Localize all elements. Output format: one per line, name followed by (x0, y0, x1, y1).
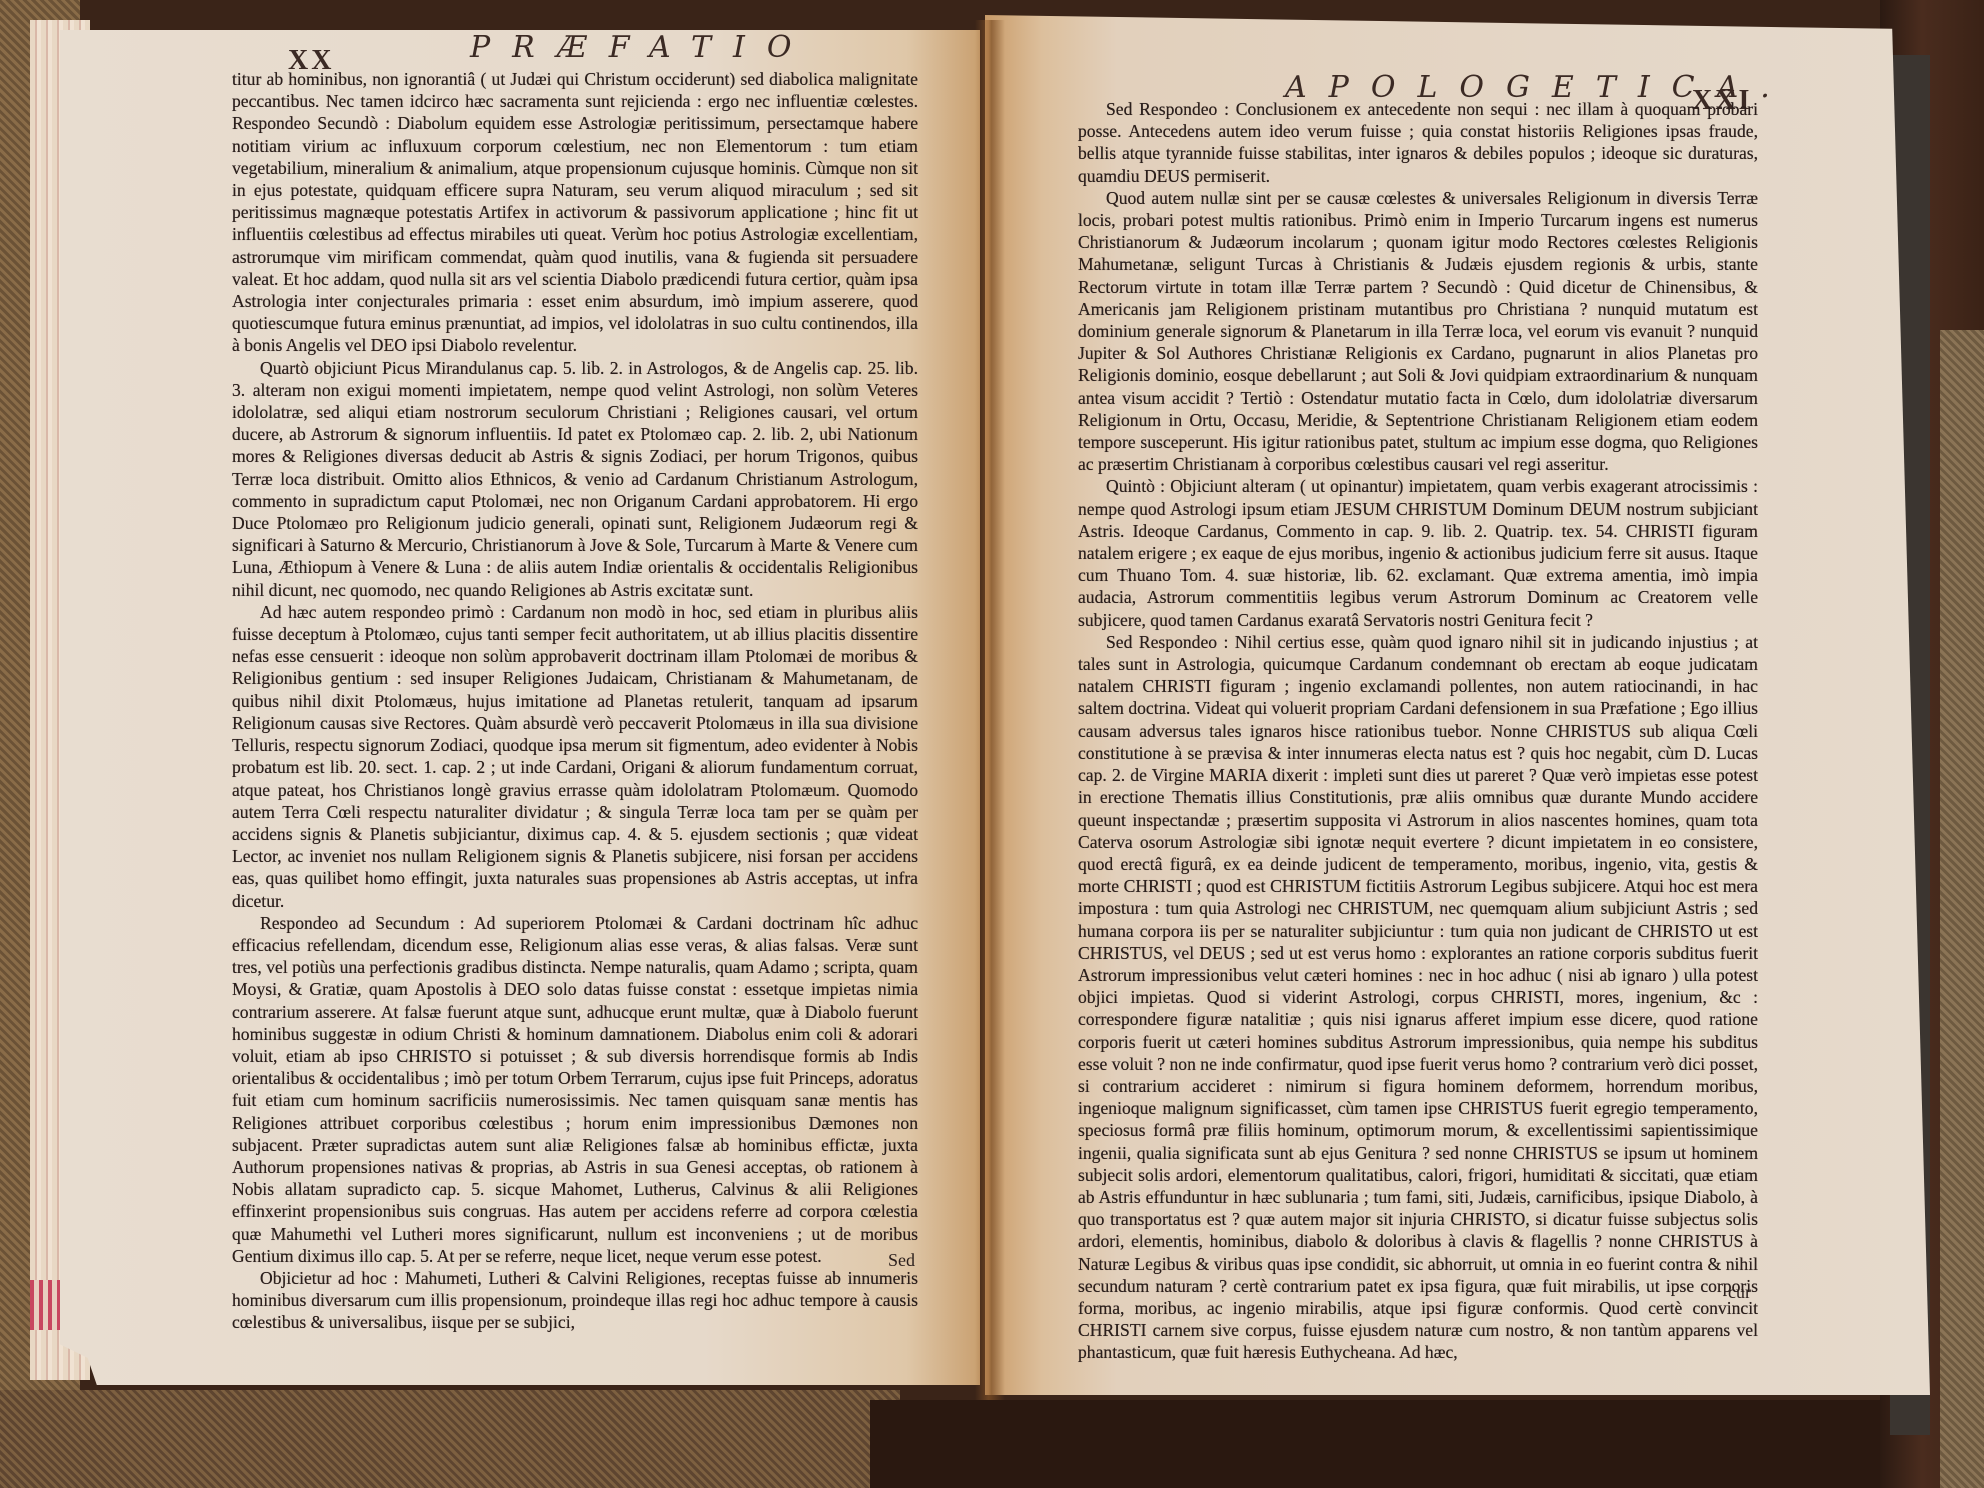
paragraph: Quartò objiciunt Picus Mirandulanus cap.… (232, 357, 918, 601)
fabric-background-right (1940, 330, 1984, 1488)
paragraph: Sed Respondeo : Conclusionem ex antecede… (1078, 98, 1758, 187)
paragraph: Respondeo ad Secundum : Ad superiorem Pt… (232, 912, 918, 1267)
paragraph: Sed Respondeo : Nihil certius esse, quàm… (1078, 631, 1758, 1364)
fabric-background-bottom (0, 1390, 900, 1488)
paragraph: Ad hæc autem respondeo primò : Cardanum … (232, 601, 918, 912)
left-page-text: titur ab hominibus, non ignorantiâ ( ut … (232, 68, 918, 1334)
left-running-title: PRÆFATIO (470, 30, 814, 65)
paragraph: Objicietur ad hoc : Mahumeti, Lutheri & … (232, 1267, 918, 1334)
paragraph: titur ab hominibus, non ignorantiâ ( ut … (232, 68, 918, 357)
wooden-board-background (870, 1400, 1984, 1488)
paragraph: Quintò : Objiciunt alteram ( ut opinantu… (1078, 475, 1758, 630)
right-catchword: cur (1728, 1282, 1751, 1303)
right-page-text: Sed Respondeo : Conclusionem ex antecede… (1078, 98, 1758, 1364)
paragraph: Quod autem nullæ sint per se causæ cœles… (1078, 187, 1758, 476)
book-gutter-stain (975, 20, 1005, 1400)
left-catchword: Sed (888, 1250, 915, 1271)
